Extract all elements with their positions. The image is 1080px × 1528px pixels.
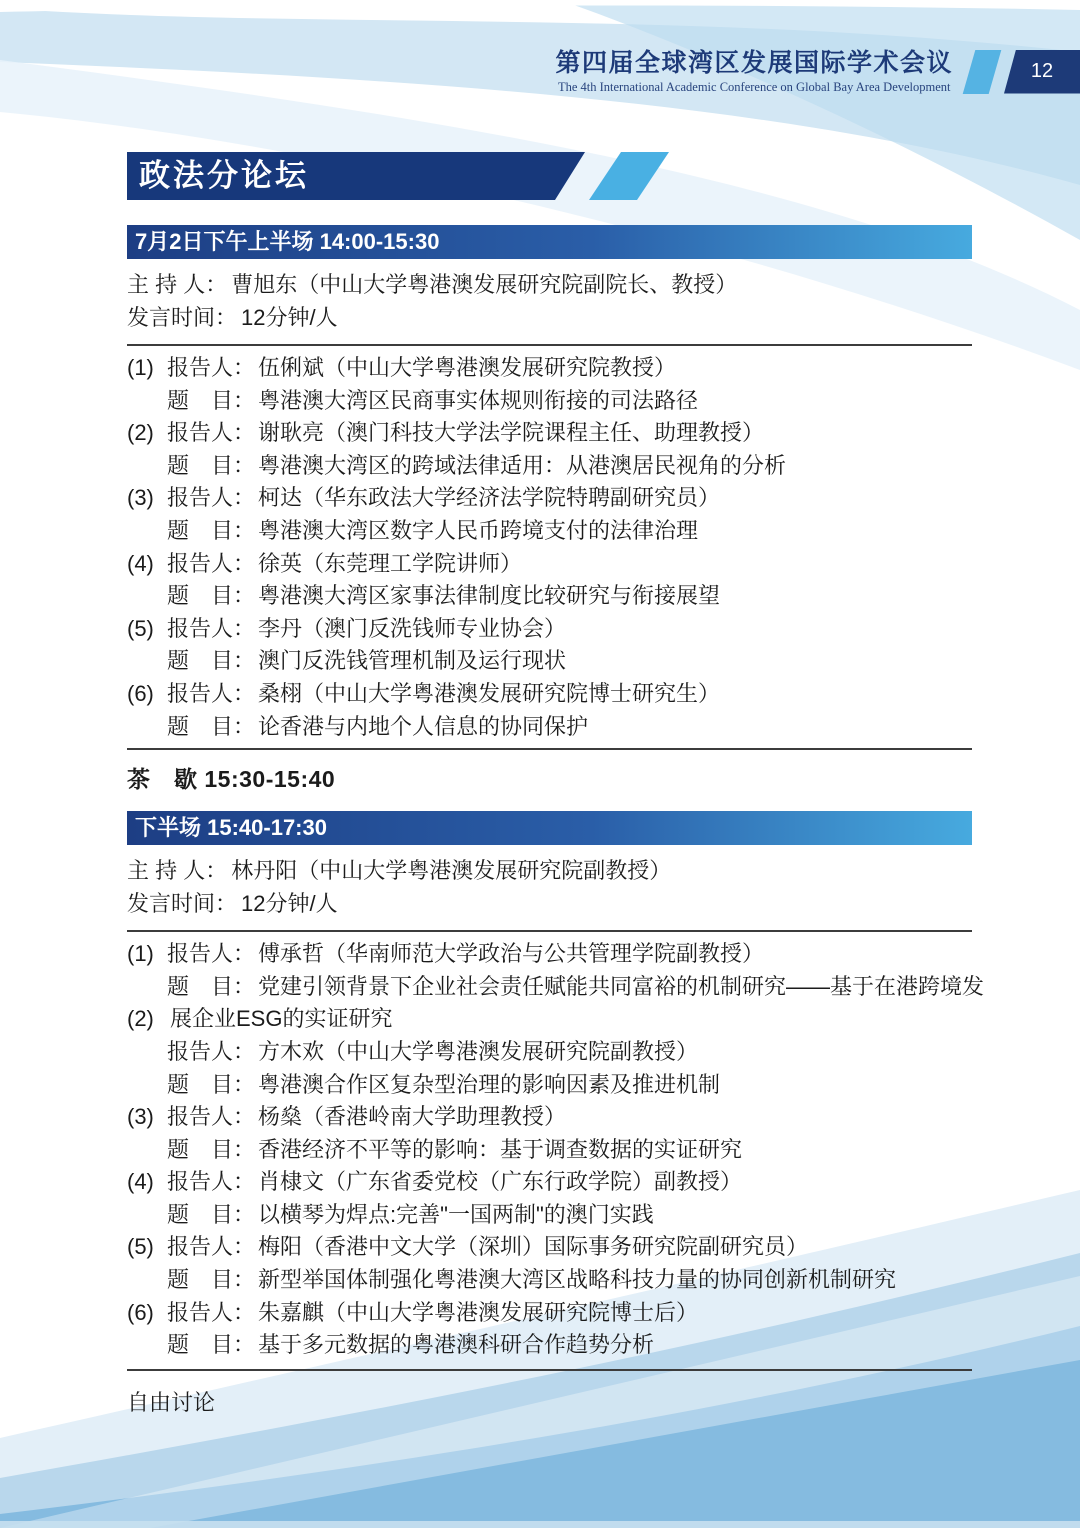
forum-banner-accent [589, 152, 669, 200]
time-label: 发言时间： [127, 887, 237, 920]
agenda-line: (1) 报告人： 伍俐斌（中山大学粤港澳发展研究院教授） [127, 352, 972, 385]
row-text: 党建引领背景下企业社会责任赋能共同富裕的机制研究——基于在港跨境发 [258, 971, 984, 1004]
row-label: 题 目： [167, 450, 255, 483]
row-label: 报告人： [167, 1231, 255, 1264]
forum-title: 政法分论坛 [127, 152, 585, 200]
item-number: (6) [127, 678, 167, 711]
host-name: 林丹阳（中山大学粤港澳发展研究院副教授） [231, 854, 671, 887]
row-text: 基于多元数据的粤港澳科研合作趋势分析 [258, 1329, 654, 1362]
item-number: (4) [127, 548, 167, 581]
session2-agenda-list: (1) 报告人： 傅承哲（华南师范大学政治与公共管理学院副教授） 题 目： 党建… [127, 938, 972, 1362]
row-text: 论香港与内地个人信息的协同保护 [258, 711, 588, 744]
row-text: 以横琴为焊点:完善"一国两制"的澳门实践 [258, 1199, 654, 1232]
row-text: 杨燊（香港岭南大学助理教授） [258, 1101, 566, 1134]
row-label: 题 目： [167, 1199, 255, 1232]
row-text: 肖棣文（广东省委党校（广东行政学院）副教授） [258, 1166, 742, 1199]
row-label: 题 目： [167, 1069, 255, 1102]
row-text: 梅阳（香港中文大学（深圳）国际事务研究院副研究员） [258, 1231, 808, 1264]
divider [127, 1369, 972, 1371]
row-label: 报告人： [167, 482, 255, 515]
row-label: 报告人： [167, 417, 255, 450]
program-content: 政法分论坛 7月2日下午上半场 14:00-15:30 主 持 人： 曹旭东（中… [127, 0, 972, 1418]
agenda-line: (6) 报告人： 桑栩（中山大学粤港澳发展研究院博士研究生） [127, 678, 972, 711]
row-label: 报告人： [167, 938, 255, 971]
item-number: (3) [127, 1101, 167, 1134]
host-name: 曹旭东（中山大学粤港澳发展研究院副院长、教授） [231, 268, 737, 301]
host-label: 主 持 人： [127, 268, 227, 301]
row-label: 题 目： [167, 971, 255, 1004]
agenda-line: (1) 报告人： 傅承哲（华南师范大学政治与公共管理学院副教授） [127, 938, 972, 971]
session2-time-row: 发言时间： 12分钟/人 [127, 887, 972, 920]
agenda-line: 题 目： 以横琴为焊点:完善"一国两制"的澳门实践 [127, 1199, 972, 1232]
agenda-line: 题 目： 澳门反洗钱管理机制及运行现状 [127, 645, 972, 678]
agenda-line: (2) 展企业ESG的实证研究 [127, 1003, 972, 1036]
session1-agenda-list: (1) 报告人： 伍俐斌（中山大学粤港澳发展研究院教授） 题 目： 粤港澳大湾区… [127, 352, 972, 743]
item-number [127, 450, 167, 483]
divider [127, 344, 972, 346]
row-label: 报告人： [167, 1036, 255, 1069]
time-label: 发言时间： [127, 301, 237, 334]
agenda-line: 题 目： 香港经济不平等的影响：基于调查数据的实证研究 [127, 1134, 972, 1167]
item-number: (2) [127, 1003, 167, 1036]
free-discussion-label: 自由讨论 [127, 1388, 972, 1418]
row-text: 徐英（东莞理工学院讲师） [258, 548, 522, 581]
agenda-line: 题 目： 粤港澳大湾区家事法律制度比较研究与衔接展望 [127, 580, 972, 613]
agenda-line: 题 目： 新型举国体制强化粤港澳大湾区战略科技力量的协同创新机制研究 [127, 1264, 972, 1297]
row-label: 题 目： [167, 385, 255, 418]
row-label: 报告人： [167, 678, 255, 711]
row-label: 题 目： [167, 711, 255, 744]
item-number [127, 1069, 167, 1102]
row-label: 报告人： [167, 548, 255, 581]
item-number [127, 385, 167, 418]
row-text: 柯达（华东政法大学经济法学院特聘副研究员） [258, 482, 720, 515]
agenda-line: 题 目： 粤港澳合作区复杂型治理的影响因素及推进机制 [127, 1069, 972, 1102]
tea-break-label: 茶 歇 15:30-15:40 [127, 763, 972, 795]
agenda-line: 题 目： 粤港澳大湾区的跨域法律适用：从港澳居民视角的分析 [127, 450, 972, 483]
row-text: 粤港澳大湾区家事法律制度比较研究与衔接展望 [258, 580, 720, 613]
page-header: 第四届全球湾区发展国际学术会议 The 4th International Ac… [555, 48, 1080, 95]
item-number [127, 1134, 167, 1167]
session1-host-row: 主 持 人： 曹旭东（中山大学粤港澳发展研究院副院长、教授） [127, 268, 972, 301]
row-text: 李丹（澳门反洗钱师专业协会） [258, 613, 566, 646]
row-label: 报告人： [167, 1297, 255, 1330]
agenda-line: 报告人： 方木欢（中山大学粤港澳发展研究院副教授） [127, 1036, 972, 1069]
row-label: 报告人： [167, 1166, 255, 1199]
row-label: 报告人： [167, 613, 255, 646]
divider [127, 930, 972, 932]
conference-title-zh: 第四届全球湾区发展国际学术会议 [555, 48, 953, 78]
agenda-line: (3) 报告人： 柯达（华东政法大学经济法学院特聘副研究员） [127, 482, 972, 515]
conference-title-en: The 4th International Academic Conferenc… [555, 80, 953, 95]
row-label: 报告人： [167, 1101, 255, 1134]
session2-header-bar: 下半场 15:40-17:30 [127, 811, 972, 845]
agenda-line: 题 目： 基于多元数据的粤港澳科研合作趋势分析 [127, 1329, 972, 1362]
agenda-line: 题 目： 粤港澳大湾区数字人民币跨境支付的法律治理 [127, 515, 972, 548]
item-number: (4) [127, 1166, 167, 1199]
row-text: 粤港澳合作区复杂型治理的影响因素及推进机制 [258, 1069, 720, 1102]
agenda-line: (4) 报告人： 肖棣文（广东省委党校（广东行政学院）副教授） [127, 1166, 972, 1199]
row-text: 澳门反洗钱管理机制及运行现状 [258, 645, 566, 678]
row-label: 报告人： [167, 352, 255, 385]
session2-host-block: 主 持 人： 林丹阳（中山大学粤港澳发展研究院副教授） 发言时间： 12分钟/人 [127, 854, 972, 920]
agenda-line: (6) 报告人： 朱嘉麒（中山大学粤港澳发展研究院博士后） [127, 1297, 972, 1330]
row-text: 伍俐斌（中山大学粤港澳发展研究院教授） [258, 352, 676, 385]
agenda-line: 题 目： 论香港与内地个人信息的协同保护 [127, 711, 972, 744]
agenda-line: (4) 报告人： 徐英（东莞理工学院讲师） [127, 548, 972, 581]
row-label: 题 目： [167, 1329, 255, 1362]
row-label: 题 目： [167, 580, 255, 613]
row-label: 题 目： [167, 645, 255, 678]
item-number [127, 645, 167, 678]
item-number: (2) [127, 417, 167, 450]
item-number [127, 1329, 167, 1362]
item-number: (6) [127, 1297, 167, 1330]
item-number [127, 1264, 167, 1297]
host-label: 主 持 人： [127, 854, 227, 887]
page-number-badge: 12 [1004, 50, 1080, 94]
row-text: 展企业ESG的实证研究 [170, 1003, 392, 1036]
item-number [127, 515, 167, 548]
agenda-line: (5) 报告人： 李丹（澳门反洗钱师专业协会） [127, 613, 972, 646]
row-label: 题 目： [167, 1264, 255, 1297]
row-text: 桑栩（中山大学粤港澳发展研究院博士研究生） [258, 678, 720, 711]
session1-time-row: 发言时间： 12分钟/人 [127, 301, 972, 334]
row-text: 谢耿亮（澳门科技大学法学院课程主任、助理教授） [258, 417, 764, 450]
session1-header-bar: 7月2日下午上半场 14:00-15:30 [127, 225, 972, 259]
row-label: 题 目： [167, 515, 255, 548]
row-text: 粤港澳大湾区的跨域法律适用：从港澳居民视角的分析 [258, 450, 786, 483]
row-text: 粤港澳大湾区民商事实体规则衔接的司法路径 [258, 385, 698, 418]
item-number [127, 711, 167, 744]
conference-title-block: 第四届全球湾区发展国际学术会议 The 4th International Ac… [555, 48, 953, 95]
row-text: 傅承哲（华南师范大学政治与公共管理学院副教授） [258, 938, 764, 971]
row-text: 新型举国体制强化粤港澳大湾区战略科技力量的协同创新机制研究 [258, 1264, 896, 1297]
item-number: (1) [127, 352, 167, 385]
item-number: (3) [127, 482, 167, 515]
program-page: 第四届全球湾区发展国际学术会议 The 4th International Ac… [0, 0, 1080, 1528]
divider [127, 748, 972, 750]
item-number [127, 1199, 167, 1232]
item-number [127, 971, 167, 1004]
item-number: (1) [127, 938, 167, 971]
session2-host-row: 主 持 人： 林丹阳（中山大学粤港澳发展研究院副教授） [127, 854, 972, 887]
agenda-line: (2) 报告人： 谢耿亮（澳门科技大学法学院课程主任、助理教授） [127, 417, 972, 450]
agenda-line: (3) 报告人： 杨燊（香港岭南大学助理教授） [127, 1101, 972, 1134]
forum-banner: 政法分论坛 [127, 152, 972, 200]
agenda-line: 题 目： 党建引领背景下企业社会责任赋能共同富裕的机制研究——基于在港跨境发 [127, 971, 972, 1004]
time-value: 12分钟/人 [241, 301, 338, 334]
agenda-line: (5) 报告人： 梅阳（香港中文大学（深圳）国际事务研究院副研究员） [127, 1231, 972, 1264]
session1-host-block: 主 持 人： 曹旭东（中山大学粤港澳发展研究院副院长、教授） 发言时间： 12分… [127, 268, 972, 334]
page-number-slash-decoration [963, 50, 1002, 94]
row-label: 题 目： [167, 1134, 255, 1167]
row-text: 朱嘉麒（中山大学粤港澳发展研究院博士后） [258, 1297, 698, 1330]
row-text: 粤港澳大湾区数字人民币跨境支付的法律治理 [258, 515, 698, 548]
item-number: (5) [127, 613, 167, 646]
row-text: 方木欢（中山大学粤港澳发展研究院副教授） [258, 1036, 698, 1069]
agenda-line: 题 目： 粤港澳大湾区民商事实体规则衔接的司法路径 [127, 385, 972, 418]
item-number [127, 1036, 167, 1069]
row-text: 香港经济不平等的影响：基于调查数据的实证研究 [258, 1134, 742, 1167]
time-value: 12分钟/人 [241, 887, 338, 920]
item-number: (5) [127, 1231, 167, 1264]
item-number [127, 580, 167, 613]
